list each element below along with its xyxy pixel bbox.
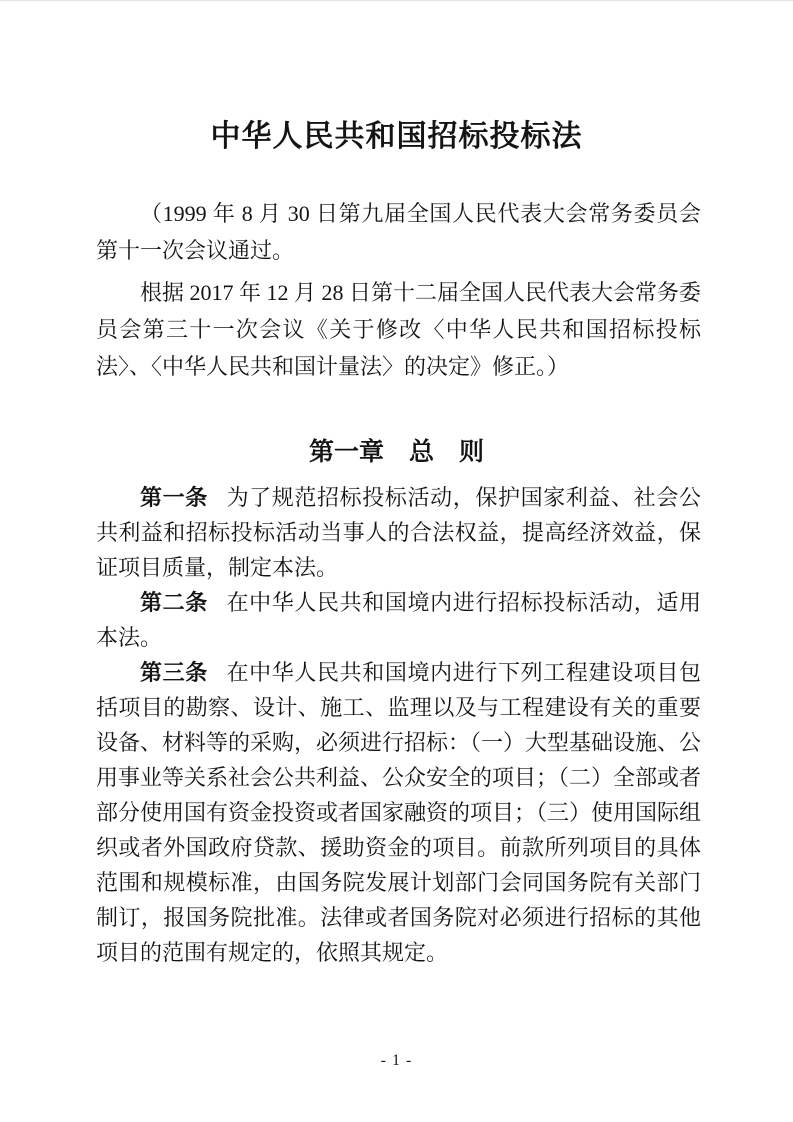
document-page: 中华人民共和国招标投标法 （1999 年 8 月 30 日第九届全国人民代表大会… xyxy=(0,0,793,1122)
chapter-heading: 第一章 总 则 xyxy=(0,432,793,468)
preamble-passed-paragraph: （1999 年 8 月 30 日第九届全国人民代表大会常务委员会第十一次会议通过… xyxy=(96,195,701,269)
article-3-paragraph: 第三条在中华人民共和国境内进行下列工程建设项目包括项目的勘察、设计、施工、监理以… xyxy=(96,655,701,970)
page-number: - 1 - xyxy=(0,1052,793,1070)
preamble: （1999 年 8 月 30 日第九届全国人民代表大会常务委员会第十一次会议通过… xyxy=(96,195,701,390)
article-1-label: 第一条 xyxy=(140,485,208,510)
article-2-label: 第二条 xyxy=(140,590,208,615)
document-title: 中华人民共和国招标投标法 xyxy=(0,111,793,155)
article-1-paragraph: 第一条为了规范招标投标活动，保护国家利益、社会公共利益和招标投标活动当事人的合法… xyxy=(96,480,701,585)
preamble-amended-paragraph: 根据 2017 年 12 月 28 日第十二届全国人民代表大会常务委员会第三十一… xyxy=(96,274,701,385)
article-2-paragraph: 第二条在中华人民共和国境内进行招标投标活动，适用本法。 xyxy=(96,585,701,655)
articles-section: 第一条为了规范招标投标活动，保护国家利益、社会公共利益和招标投标活动当事人的合法… xyxy=(96,480,701,970)
article-3-label: 第三条 xyxy=(140,660,208,685)
page-top-edge xyxy=(0,0,793,1)
article-3-text: 在中华人民共和国境内进行下列工程建设项目包括项目的勘察、设计、施工、监理以及与工… xyxy=(96,660,701,965)
